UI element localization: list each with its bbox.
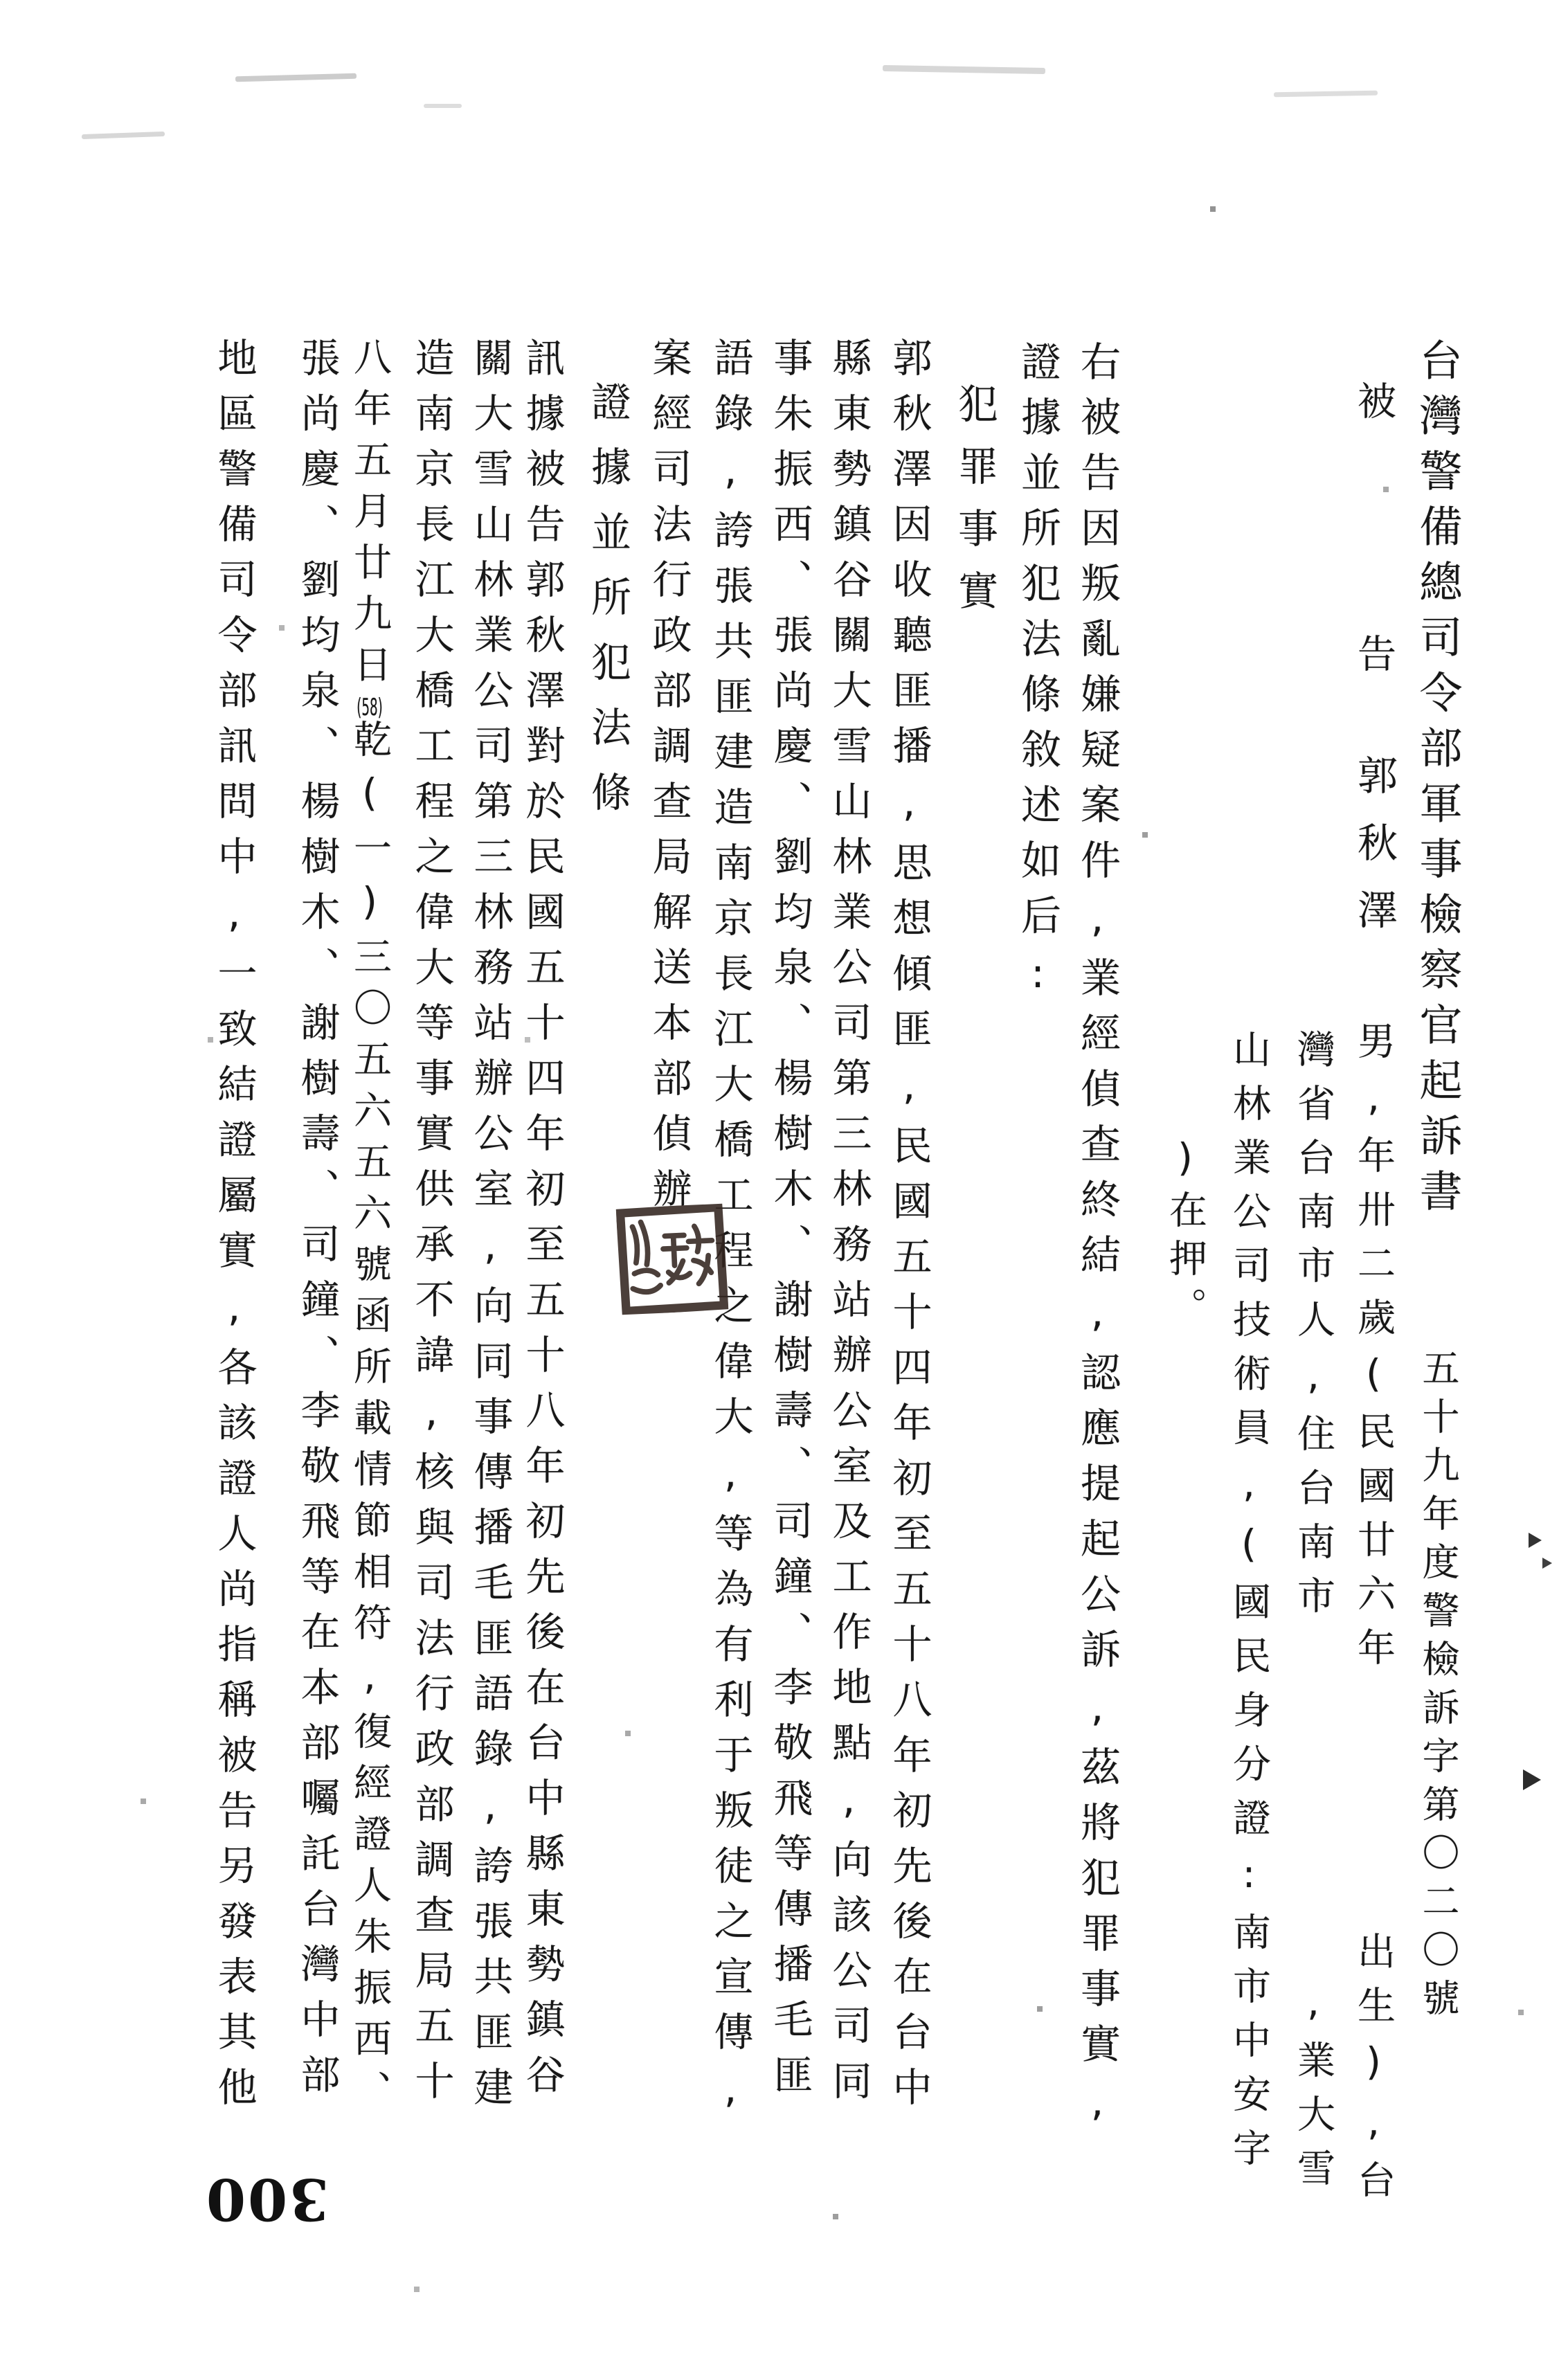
page-number: 300: [204, 2165, 329, 2232]
evidence-line-5: 張尚慶、劉均泉、楊樹木、謝樹壽、司鐘、李敬飛等在本部囑託台灣中部: [289, 337, 345, 2109]
document-title: 台灣警備總司令部軍事檢察官起訴書: [1407, 338, 1468, 1224]
defendant-name: 郭秋澤: [1345, 755, 1403, 956]
evidence-line-2: 關大雪山林業公司第三林務站辦公室,向同事傳播毛匪語錄,誇張共匪建: [462, 337, 519, 2122]
defendant-label-char-2: 告: [1346, 633, 1401, 672]
scan-smudge: [424, 104, 462, 108]
defendant-details-col2-bottom: ,業大雪: [1286, 1980, 1341, 2202]
scan-smudge: [1274, 91, 1378, 98]
facts-section-heading: 犯罪事實: [946, 383, 1004, 632]
facts-line-3: 事朱振西、張尚慶、劉均泉、楊樹木、謝樹壽、司鐘、李敬飛等傳播毛匪: [762, 337, 818, 2109]
defendant-custody-status: )在押。: [1158, 1135, 1213, 1335]
evidence-line-4: 八年五月廿九日(58)乾(一)三〇五六五六號函所載情節相符,復經證人朱振西、: [343, 337, 397, 2121]
evidence-line-4-year-ref: (58): [356, 696, 384, 719]
scan-speckles: [0, 0, 3, 3]
defendant-details-col1-bottom: 出生),台: [1346, 1931, 1401, 2214]
facts-line-2: 縣東勢鎮谷關大雪山林業公司第三林務站辦公室及工作地點,向該公司同: [820, 337, 877, 2116]
facts-line-5: 案經司法行政部調查局解送本部偵辦: [640, 337, 697, 1223]
seal-stamp-icon: [616, 1204, 729, 1315]
evidence-line-1: 訊據被告郭秋澤對於民國五十四年初至五十八年初先後在台中縣東勢鎮谷: [514, 337, 570, 2109]
ink-blot-mark: [1529, 1533, 1542, 1548]
scan-smudge: [883, 65, 1045, 74]
case-number: 五十九年度警檢訴字第〇二〇號: [1412, 1349, 1465, 2027]
facts-line-1: 郭秋澤因收聽匪播,思想傾匪,民國五十四年初至五十八年初先後在台中: [881, 337, 937, 2122]
scan-smudge: [235, 73, 357, 82]
ink-blot-mark: [1523, 1769, 1541, 1790]
evidence-line-4-date: 八年五月廿九日: [348, 337, 392, 696]
defendant-label-char-1: 被: [1346, 381, 1401, 420]
evidence-line-4-rest: 乾(一)三〇五六五六號函所載情節相符,復經證人朱振西、: [348, 719, 392, 2121]
preamble-line-1: 右被告因叛亂嫌疑案件,業經偵查終結,認應提起公訴,茲將犯罪事實,: [1068, 341, 1126, 2140]
defendant-details-col1-top: 男,年卅二歲(民國廿六年: [1346, 1021, 1401, 1682]
evidence-line-6: 地區警備司令部訊問中,一致結證屬實,各該證人尚指稱被告另發表其他: [206, 337, 262, 2122]
ink-blot-mark: [1542, 1558, 1552, 1569]
evidence-line-3: 造南京長江大橋工程之偉大等事實供承不諱,核與司法行政部調查局五十: [403, 337, 460, 2116]
evidence-section-heading: 證據並所犯法條: [579, 381, 637, 836]
preamble-line-2: 證據並所犯法條敘述如后:: [1009, 341, 1067, 1012]
defendant-details-col2-top: 灣省台南市人,住台南市: [1286, 1029, 1341, 1630]
defendant-details-col3: 山林業公司技術員,(國民身分證:南市中安字: [1222, 1029, 1277, 2182]
scan-smudge: [82, 132, 165, 139]
